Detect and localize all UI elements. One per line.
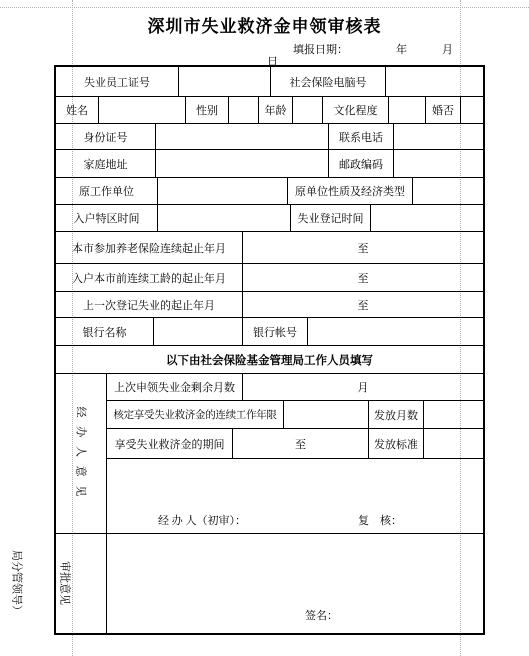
field-gender[interactable] [228, 96, 259, 124]
label-unemployment-reg-time: 失业登记时间 [290, 204, 371, 232]
label-unemployed-id: 失业员工证号 [55, 66, 179, 97]
label-sez-entry-time: 入户特区时间 [55, 204, 158, 232]
field-former-employer[interactable] [157, 177, 288, 205]
field-name[interactable] [98, 96, 186, 124]
handler-preliminary-sign-label: 经 办 人（初审）： [158, 512, 246, 528]
field-pension-period[interactable]: 至 [242, 231, 484, 264]
date-month-label: 月 [442, 41, 453, 57]
field-age[interactable] [292, 96, 323, 124]
label-pre-entry-work-period: 入户本市前连续工龄的起止年月 [55, 263, 243, 292]
label-age: 年龄 [258, 96, 293, 124]
field-remaining-months[interactable]: 月 [242, 373, 484, 401]
date-label: 填报日期： [293, 41, 348, 57]
field-unemployment-reg-time[interactable] [370, 204, 484, 232]
label-bank-account: 银行帐号 [242, 317, 308, 346]
field-payment-months[interactable] [423, 400, 484, 429]
label-payment-months: 发放月数 [368, 400, 424, 429]
field-marital[interactable] [460, 96, 484, 124]
label-last-unemployment-period: 上一次登记失业的起止年月 [55, 291, 243, 318]
handler-review-sign-label: 复 核： [358, 512, 402, 528]
field-address[interactable] [155, 149, 329, 178]
approval-label-line1: 审批意见 [57, 535, 73, 632]
field-employer-type[interactable] [412, 177, 484, 205]
handler-opinion-vertical-label: 经 办 人 意 见 [73, 383, 89, 524]
label-id-card: 身份证号 [55, 123, 156, 150]
approval-signature-area[interactable] [106, 533, 484, 634]
field-payment-standard[interactable] [423, 428, 484, 459]
label-former-employer: 原工作单位 [55, 177, 158, 205]
label-address: 家庭地址 [55, 149, 156, 178]
approval-signature-label: 签名： [305, 607, 338, 623]
field-education[interactable] [388, 96, 426, 124]
label-education: 文化程度 [322, 96, 389, 124]
field-pre-entry-work-period[interactable]: 至 [242, 263, 484, 292]
label-postcode: 邮政编码 [328, 149, 394, 178]
label-phone: 联系电话 [328, 123, 394, 150]
label-marital: 婚否 [425, 96, 461, 124]
label-social-insurance-no: 社会保险电脑号 [270, 66, 386, 97]
field-social-insurance-no[interactable] [385, 66, 484, 97]
label-remaining-months: 上次申领失业金剩余月数 [106, 373, 243, 401]
field-bank-account[interactable] [307, 317, 484, 346]
label-benefit-period: 享受失业救济金的期间 [106, 428, 233, 459]
approval-label-line2: 局分管领导） [9, 535, 25, 632]
form-title: 深圳市失业救济金申领审核表 [0, 12, 529, 37]
field-benefit-period[interactable]: 至 [232, 428, 369, 459]
staff-section-header: 以下由社会保险基金管理局工作人员填写 [55, 345, 484, 374]
label-employer-type: 原单位性质及经济类型 [287, 177, 413, 205]
label-verified-work-years: 核定享受失业救济金的连续工作年限 [106, 400, 284, 429]
label-gender: 性别 [185, 96, 229, 124]
label-pension-period: 本市参加养老保险连续起止年月 [55, 231, 243, 264]
field-postcode[interactable] [393, 149, 484, 178]
field-sez-entry-time[interactable] [157, 204, 291, 232]
label-payment-standard: 发放标准 [368, 428, 424, 459]
margin-guide-top [0, 7, 529, 8]
date-year-label: 年 [396, 41, 407, 57]
form-document-page: 深圳市失业救济金申领审核表 填报日期： 年 月 日 失业员工证号 社会保险电脑号… [0, 0, 529, 656]
label-bank-name: 银行名称 [55, 317, 154, 346]
field-id-card[interactable] [155, 123, 329, 150]
label-name: 姓名 [55, 96, 99, 124]
field-verified-work-years[interactable] [283, 400, 369, 429]
field-bank-name[interactable] [153, 317, 243, 346]
field-unemployed-id[interactable] [178, 66, 271, 97]
field-last-unemployment-period[interactable]: 至 [242, 291, 484, 318]
approval-vertical-label: 审批意见 局分管领导） 副处长（分 [57, 535, 105, 632]
field-phone[interactable] [393, 123, 484, 150]
